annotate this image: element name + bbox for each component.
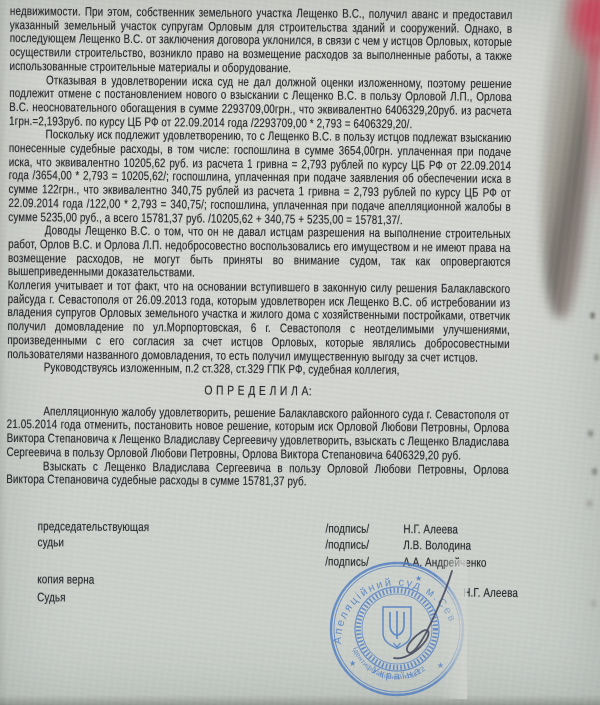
signature-role: председательствующая (38, 520, 150, 535)
judge-label: Судья (37, 591, 66, 605)
edge-smudges (590, 312, 595, 319)
document-photo: недвижимости. При этом, собственник земе… (0, 0, 600, 705)
bottom-edge-shadow (0, 695, 600, 705)
seal-fade-overlay (405, 559, 467, 699)
resolution-paragraph: Апелляционную жалобу удовлетворить, реше… (6, 405, 509, 464)
signature-role: судьи (38, 537, 65, 551)
paragraph-continuation: недвижимости. При этом, собственник земе… (9, 5, 512, 77)
paragraph: Коллегия учитывает и тот факт, что на ос… (7, 279, 510, 365)
copy-note: копия верна (37, 573, 94, 587)
paragraph: Поскольку иск подлежит удовлетворению, т… (8, 128, 511, 228)
signature-mark: /подпись/ (325, 539, 369, 553)
signature-name: Л.В. Володина (403, 539, 471, 553)
court-seal-stamp: Апеляційний суд м.Сев Ідентифікаційний к… (327, 559, 467, 699)
signature-name: Н.Г. Алеева (403, 523, 458, 537)
resolution-heading: О П Р Е Д Е Л И Л А: (7, 382, 510, 400)
signature-mark: /подпись/ (325, 522, 369, 536)
paragraph: Отказывая в удовлетворении иска суд не д… (9, 74, 512, 133)
star-icon: ★ (349, 659, 356, 668)
paragraph: Доводы Лещенко В.С. о том, что он не дав… (8, 224, 511, 283)
red-cover-edge (588, 42, 600, 212)
document-text: недвижимости. При этом, собственник земе… (6, 5, 512, 491)
resolution-paragraph: Взыскать с Лещенко Владислава Сергеевича… (6, 459, 509, 490)
